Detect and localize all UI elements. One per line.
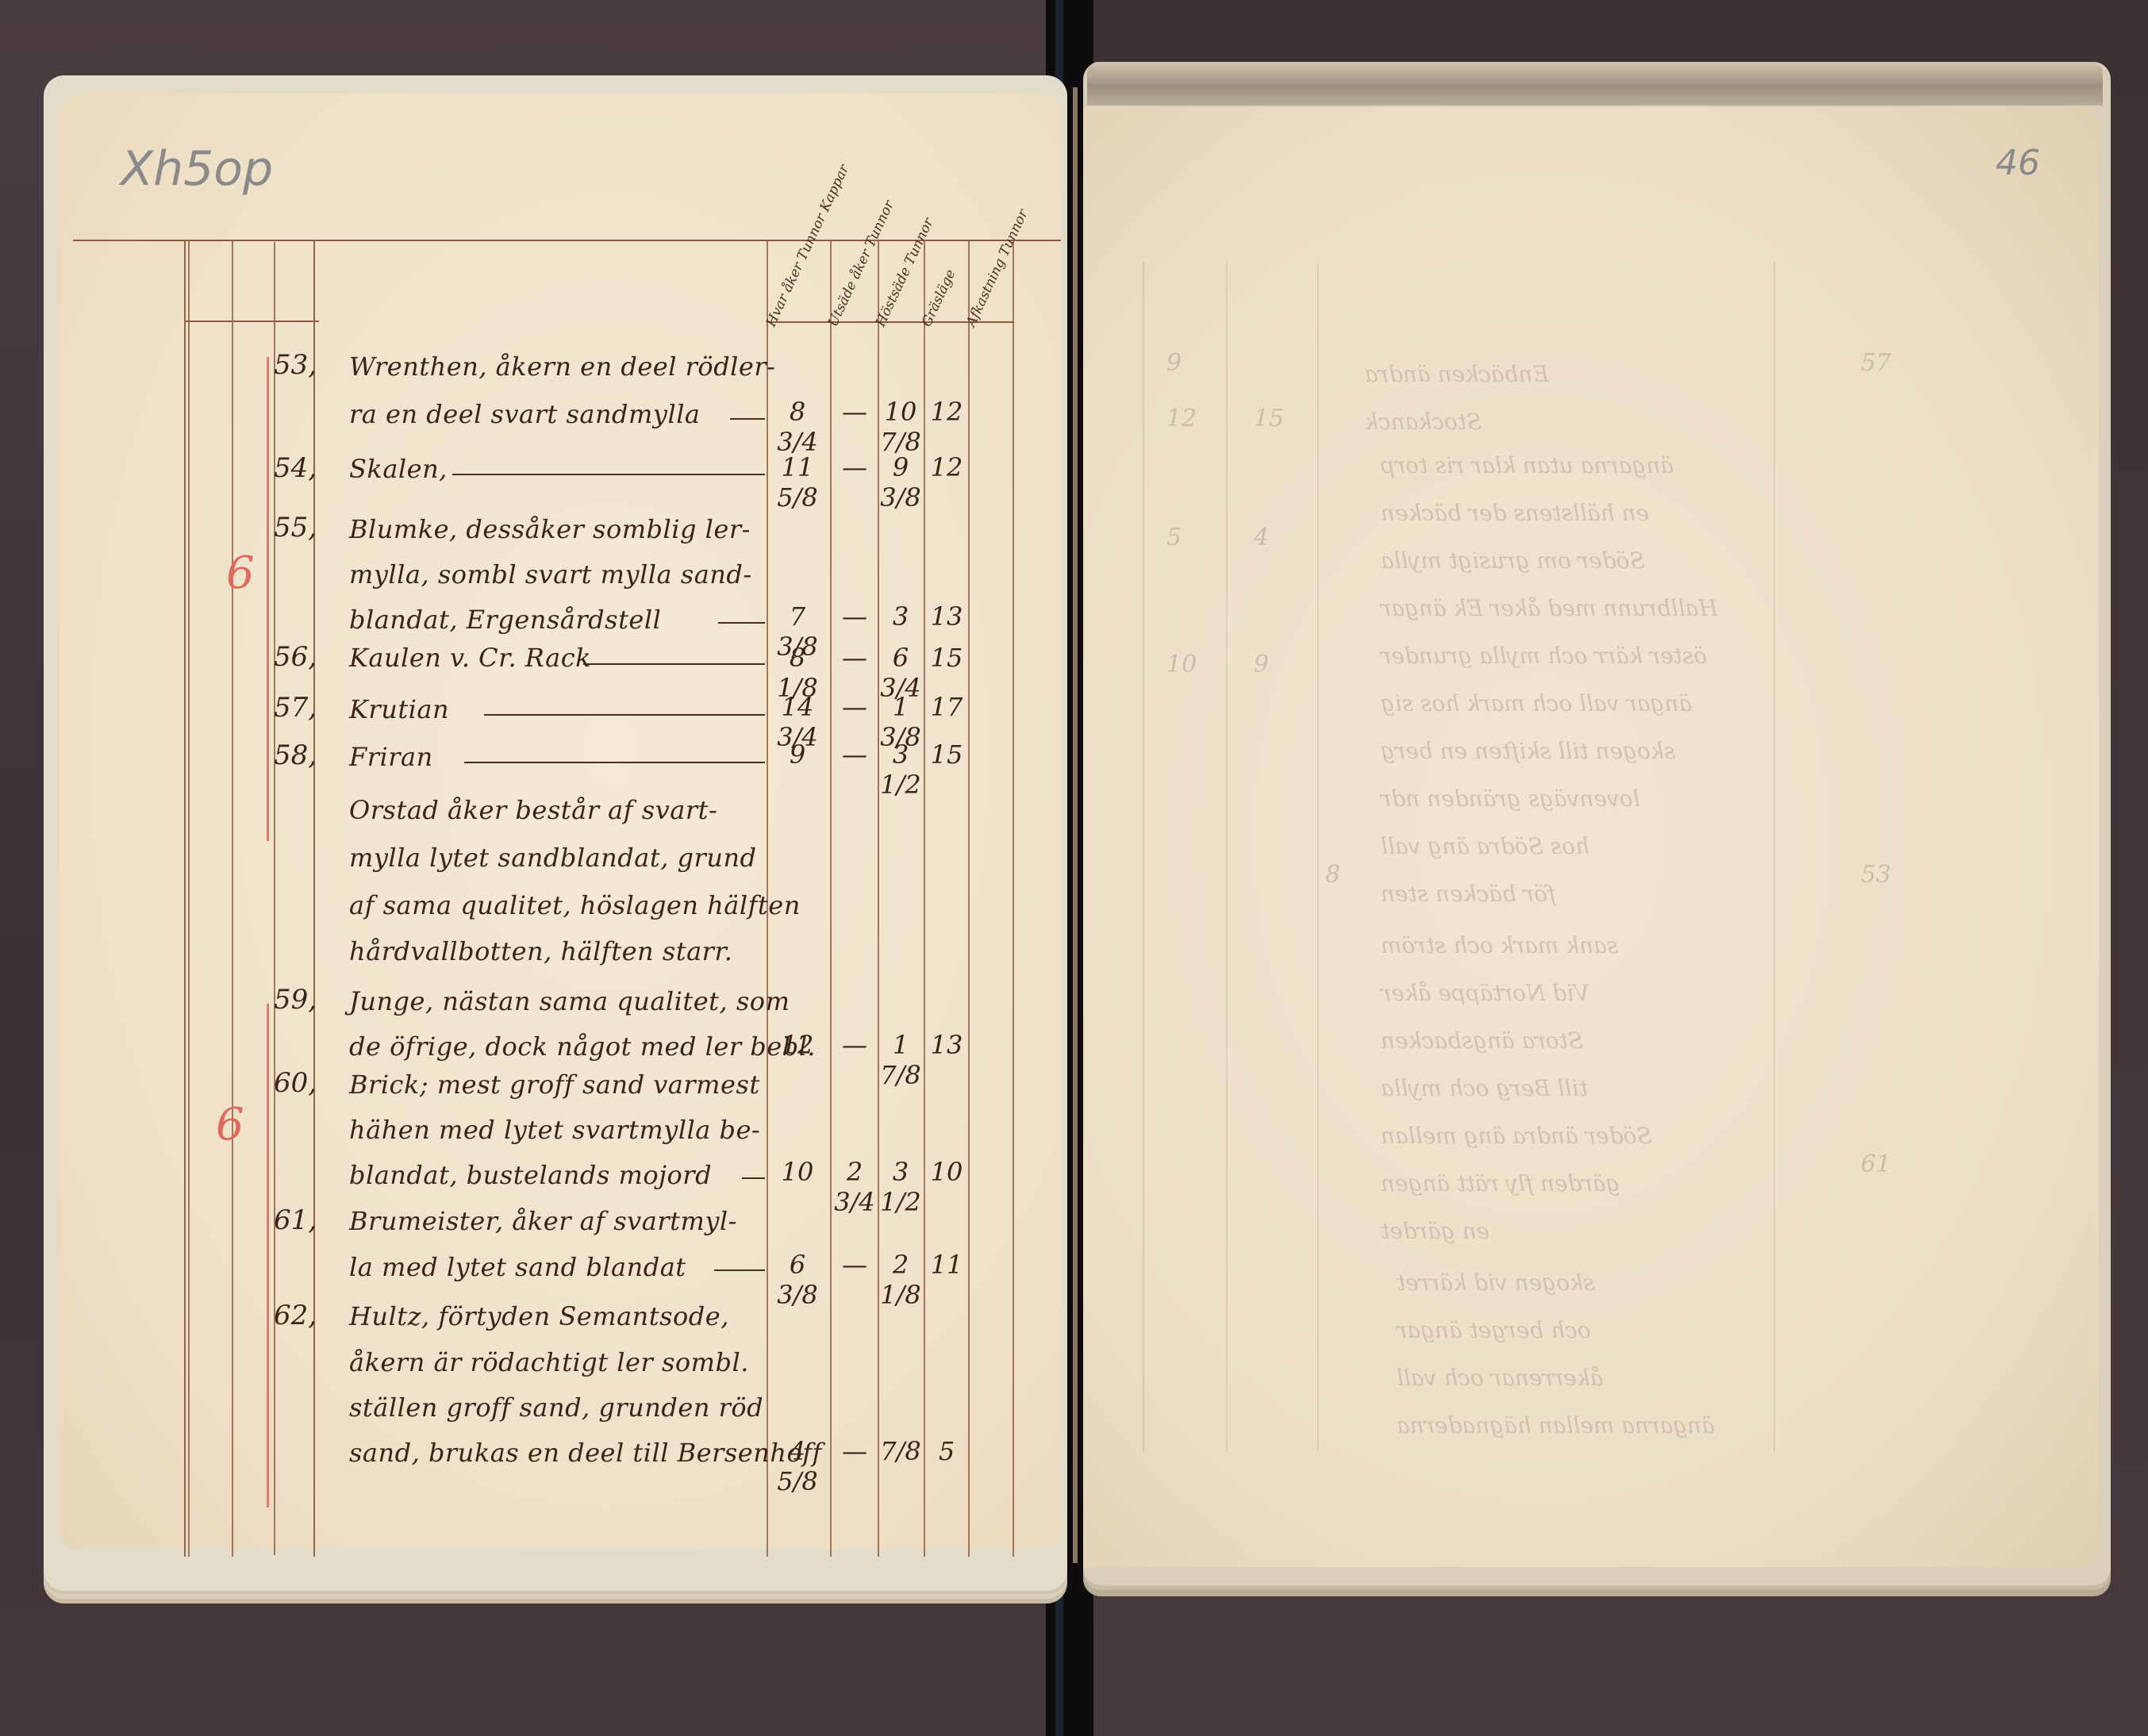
value-col-1: 11 5/8	[770, 452, 825, 513]
value-col-1: 12	[770, 1030, 825, 1060]
entry-text-line: hårdvallbotten, hälften starr.	[349, 936, 732, 966]
bleed-through-number: 9	[1166, 349, 1182, 377]
ghost-rule	[1143, 262, 1144, 1452]
entry-text-line: åkern är rödachtigt ler sombl.	[349, 1347, 749, 1377]
red-margin-number-1: 6	[226, 547, 255, 599]
margin-line-1b	[188, 240, 190, 1557]
data-col-line-2	[830, 240, 832, 1557]
entry-text-line: Brumeister, åker af svartmyl-	[349, 1206, 737, 1236]
bleed-through-text: gärden fly rätt ängen	[1381, 1170, 1620, 1196]
entry-text-line: ställen groff sand, grunden röd	[349, 1392, 763, 1423]
value-col-4: 12	[919, 452, 974, 482]
entry-text-line: Friran	[349, 742, 433, 772]
entry-text-line: Brick; mest groff sand varmest	[349, 1070, 760, 1100]
data-col-line-5	[968, 240, 970, 1557]
entry-text-line: Krutian	[349, 694, 449, 724]
bleed-through-text: åkerrenar och vall	[1397, 1365, 1603, 1391]
entry-number: 62,	[274, 1300, 317, 1331]
entry-text-line: ra en deel svart sandmylla	[349, 399, 701, 429]
entry-text-line: blandat, bustelands mojord	[349, 1160, 712, 1190]
bleed-through-text: för bäcken sten	[1381, 881, 1556, 907]
leader-line	[452, 474, 765, 475]
bleed-through-number: 5	[1166, 524, 1182, 551]
number-column-line	[313, 240, 315, 1557]
bleed-through-text: Söder om grusigt mylla	[1381, 547, 1645, 574]
value-col-1: 10	[770, 1157, 825, 1187]
entry-text-line: la med lytet sand blandat	[349, 1252, 686, 1282]
bleed-through-text: skogen till skiften en berg	[1381, 738, 1675, 764]
bleed-through-text: lovenvägs gränden ndr	[1381, 785, 1640, 812]
bleed-through-text: sank mark och ström	[1381, 932, 1618, 958]
leader-line	[730, 418, 765, 420]
entry-number: 59,	[274, 984, 317, 1016]
leader-line	[742, 1177, 765, 1179]
entry-text-line: mylla, sombl svart mylla sand-	[349, 559, 752, 590]
red-margin-number-2: 6	[216, 1099, 244, 1150]
entry-number: 54,	[274, 452, 317, 484]
bleed-through-text: ängarna mellan hägnaderna	[1397, 1412, 1715, 1438]
bleed-through-text: öster kärr och mylla grunder	[1381, 643, 1707, 669]
red-bracket-group-2	[267, 1004, 269, 1507]
bleed-through-number: 12	[1166, 405, 1197, 432]
leader-line	[484, 714, 765, 716]
bleed-through-number: 57	[1861, 349, 1891, 377]
ghost-rule	[1317, 262, 1319, 1452]
entry-text-line: mylla lytet sandblandat, grund	[349, 843, 757, 873]
leader-line	[464, 762, 765, 763]
margin-line-1	[184, 240, 186, 1557]
entry-number: 61,	[274, 1204, 317, 1236]
value-col-4: 15	[919, 739, 974, 770]
value-col-4: 12	[919, 397, 974, 427]
entry-number: 58,	[274, 739, 317, 771]
value-col-1: 8 3/4	[770, 397, 825, 457]
bleed-through-text: till Berg och mylla	[1381, 1075, 1588, 1101]
bleed-through-number: 53	[1861, 861, 1891, 889]
bleed-through-text: ängarna utan klar ris torp	[1381, 452, 1673, 478]
bleed-through-number: 15	[1254, 405, 1284, 432]
value-col-1: 9	[770, 739, 825, 770]
margin-line-3	[274, 242, 275, 1555]
page-number: 46	[1996, 143, 2040, 183]
entry-number: 60,	[274, 1067, 317, 1099]
entry-text-line: de öfrige, dock något med ler bebl.	[349, 1031, 816, 1062]
ghost-rule	[1226, 262, 1228, 1452]
value-col-4: 13	[919, 601, 974, 632]
bleed-through-number: 61	[1861, 1150, 1891, 1178]
leader-line	[718, 622, 765, 624]
entry-text-line: Junge, nästan sama qualitet, som	[349, 986, 790, 1016]
margin-line-2	[232, 240, 233, 1557]
bleed-through-number: 8	[1325, 861, 1340, 889]
value-col-4: 10	[919, 1157, 974, 1187]
right-page-top-edges	[1087, 62, 2103, 106]
bleed-through-number: 10	[1166, 651, 1197, 678]
value-col-1: 6 3/8	[770, 1250, 825, 1310]
entry-text-line: Hultz, förtyden Semantsode,	[349, 1301, 729, 1331]
right-page	[1083, 107, 2099, 1567]
ghost-rule	[1773, 262, 1775, 1452]
header-rule	[186, 321, 319, 322]
bleed-through-text: skogen vid kärret	[1397, 1269, 1594, 1296]
bleed-through-text: Söder ändra äng mellan	[1381, 1123, 1652, 1149]
bleed-through-text: hos Södra äng vall	[1381, 833, 1589, 859]
entry-text-line: Skalen,	[349, 454, 448, 484]
value-col-4: 13	[919, 1030, 974, 1060]
bleed-through-text: ängar vall och mark hos sig	[1381, 690, 1692, 716]
value-col-4: 17	[919, 692, 974, 722]
bleed-through-text: Stora ängsbacken	[1381, 1027, 1583, 1054]
value-col-4: 15	[919, 643, 974, 673]
entry-number: 53,	[274, 349, 317, 381]
entry-text-line: af sama qualitet, höslagen hälften	[349, 890, 801, 920]
entry-number: 56,	[274, 641, 317, 673]
bleed-through-text: och berget ängar	[1397, 1317, 1591, 1343]
bleed-through-text: en gärdet	[1381, 1218, 1489, 1244]
bleed-through-text: Stockanck	[1365, 409, 1481, 435]
entry-text-line: blandat, Ergensårdstell	[349, 605, 661, 635]
page-gutter	[1073, 87, 1078, 1563]
bleed-through-number: 9	[1254, 651, 1269, 678]
entry-number: 55,	[274, 512, 317, 543]
leader-line	[714, 1269, 765, 1271]
bleed-through-number: 4	[1254, 524, 1269, 551]
value-col-4: 11	[919, 1250, 974, 1280]
entry-text-line: Orstad åker består af svart-	[349, 795, 717, 825]
entry-number: 57,	[274, 692, 317, 724]
leader-line	[583, 663, 765, 665]
value-col-4: 5	[919, 1436, 974, 1466]
red-bracket-group-1	[267, 357, 269, 841]
bleed-through-text: Vid Nortäppe åker	[1381, 980, 1589, 1006]
entry-text-line: hähen med lytet svartmylla be-	[349, 1115, 760, 1145]
bleed-through-text: en hällstens der bäcken	[1381, 500, 1649, 526]
bleed-through-text: Enbäcken ändra	[1365, 361, 1549, 387]
entry-text-line: sand, brukas en deel till Bersenhoff	[349, 1438, 822, 1468]
entry-text-line: Blumke, dessåker somblig ler-	[349, 514, 751, 544]
entry-text-line: Wrenthen, åkern en deel rödler-	[349, 351, 775, 382]
entry-text-line: Kaulen v. Cr. Rack	[349, 643, 591, 673]
data-col-line-6	[1013, 240, 1014, 1557]
pencil-annotation: Xh5op	[121, 141, 273, 197]
value-col-1: 4 5/8	[770, 1436, 825, 1496]
bleed-through-text: Hallbrunn med åker Ek ängar	[1381, 595, 1718, 621]
